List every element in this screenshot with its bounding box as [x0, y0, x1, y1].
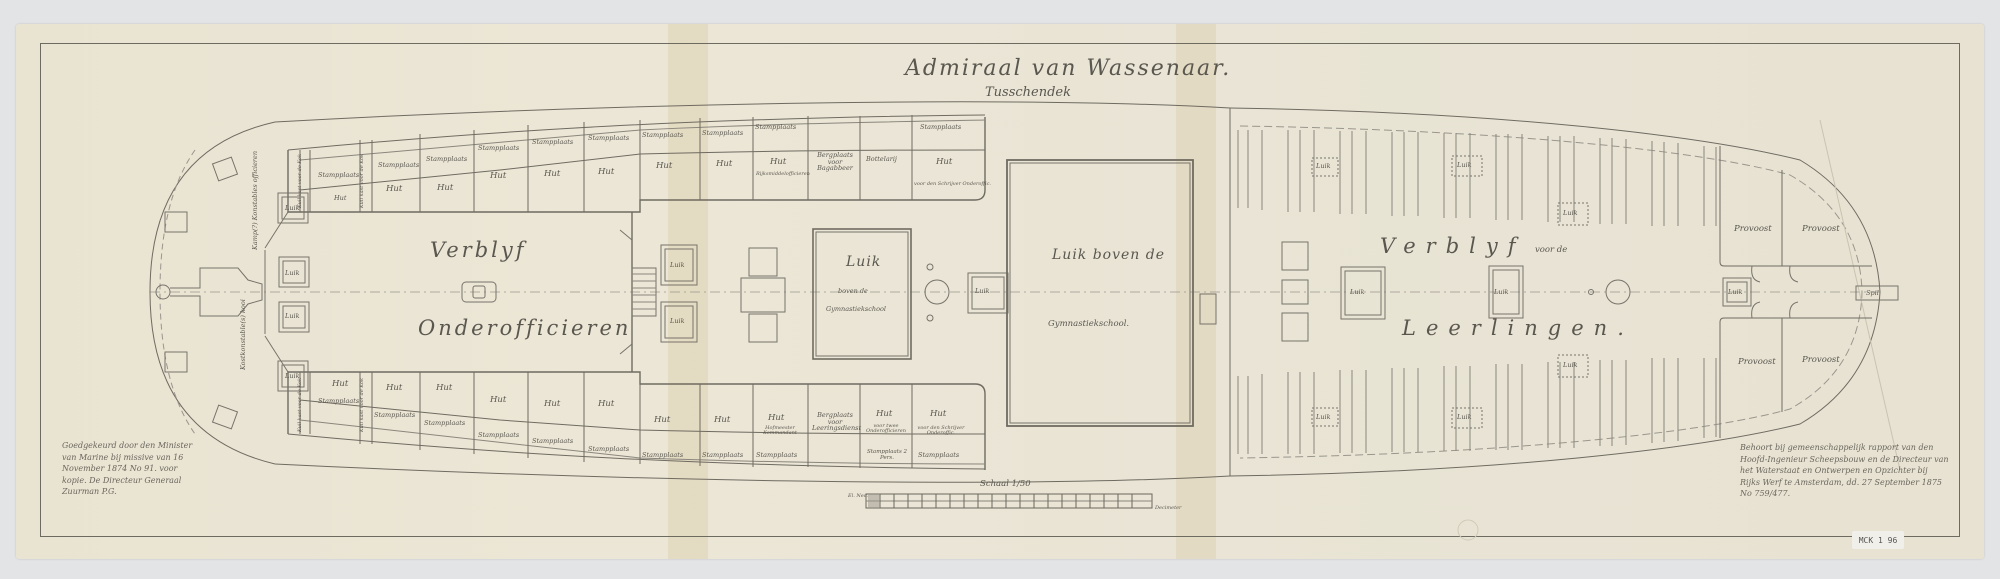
upper-cabin-sub: Rijksmiddelofficieren	[756, 172, 810, 177]
big-hatch-label-2: Gymnastiekschool.	[1048, 320, 1129, 329]
forward-quarters-label: Verblyf	[1380, 236, 1526, 257]
bow-room-label: Provoost	[1738, 358, 1776, 367]
upper-cabin-top: Stampplaats	[378, 162, 419, 169]
aft-quarters-label-2: Onderofficieren	[418, 318, 631, 339]
stern-label-2: Kamp(?) Konstables officieren	[252, 151, 259, 250]
upper-cabin-top: Stampplaats	[920, 124, 961, 131]
hatch-label: Luik	[1350, 289, 1365, 296]
lower-cabin-bottom: Stampplaats	[702, 452, 743, 459]
upper-cabin-top: Stampplaats	[642, 132, 683, 139]
hatch-label: Luik	[1316, 414, 1331, 421]
forward-quarters-label-3: Leerlingen.	[1402, 318, 1634, 339]
upper-cabin-top: Stampplaats	[532, 139, 573, 146]
drawing-subtitle: Tusschendek	[985, 86, 1071, 99]
lower-cabin-top: Hut	[332, 380, 348, 389]
scale-left-label: El. Ned.	[848, 494, 869, 499]
upper-cabin-top: Stampplaats	[702, 130, 743, 137]
lower-cabin-bottom: Stampplaats	[424, 420, 465, 427]
upper-cabin-bottom: Hut	[770, 158, 786, 167]
upper-cabin-bottom: Hut	[437, 184, 453, 193]
side-label: Kuil kast voor de Kok	[298, 154, 303, 208]
lower-cabin-top: Hut	[654, 416, 670, 425]
approval-note: Goedgekeurd door den Minister van Marine…	[62, 440, 202, 498]
upper-cabin-bottom: Hut	[386, 185, 402, 194]
hatch-label: Luik	[1563, 210, 1578, 217]
upper-cabin-sub: voor den Schrijver Onderoffic.	[914, 182, 991, 187]
lower-cabin-bottom: Stampplaats	[642, 452, 683, 459]
hatch-label: Luik	[1457, 414, 1472, 421]
stern-label: Kostkonstable(s) kooi	[240, 299, 247, 370]
hatch-label: Luik	[285, 313, 300, 320]
lower-cabin-bottom: Stampplaats	[756, 452, 797, 459]
lower-cabin-top: Hut	[386, 384, 402, 393]
upper-cabin-top: Stampplaats	[478, 145, 519, 152]
lower-cabin-top: Hut	[544, 400, 560, 409]
upper-cabin-bottom: Hut	[490, 172, 506, 181]
lower-cabin-sub: voor twee Onderofficieren	[862, 424, 910, 434]
lower-cabin-top: Hut	[598, 400, 614, 409]
hatch-label: Luik	[1316, 163, 1331, 170]
hatch-label: Luik	[285, 270, 300, 277]
big-hatch-label-1: Luik boven de	[1052, 248, 1165, 262]
upper-cabin-bottom: Hut	[716, 160, 732, 169]
hatch-label: Luik	[670, 262, 685, 269]
lower-cabin-top: Hut	[436, 384, 452, 393]
gym-hatch-label-3: Gymnastiekschool	[826, 306, 886, 313]
scale-label: Schaal 1/50	[980, 480, 1031, 489]
upper-cabin-bottom: Hut	[598, 168, 614, 177]
drawing-title: Admiraal van Wassenaar.	[905, 58, 1231, 80]
bow-room-label: Provoost	[1802, 356, 1840, 365]
upper-cabin-bottom: Hut	[334, 195, 346, 202]
lower-cabin-bottom: Stampplaats	[318, 398, 359, 405]
bow-room-label: Provoost	[1802, 225, 1840, 234]
bottelarij-label: Bottelarij	[866, 156, 897, 163]
bow-room-label: Provoost	[1734, 225, 1772, 234]
lower-cabin-top: Hut	[876, 410, 892, 419]
lower-cabin-bottom: Stampplaats 2 Pers.	[864, 450, 910, 461]
lower-cabin-bottom: Stampplaats	[588, 446, 629, 453]
scale-unit-label: Decimeter	[1155, 506, 1181, 511]
lower-cabin-top: Hut	[930, 410, 946, 419]
upper-cabin-bottom: Hut	[544, 170, 560, 179]
lower-cabin-bottom: Stampplaats	[532, 438, 573, 445]
gym-hatch-label-1: Luik	[846, 255, 881, 269]
bow-hatch-label: Luik	[1728, 289, 1743, 296]
upper-cabin-top: Stampplaats	[588, 135, 629, 142]
catalog-stamp: MCK 1 96	[1852, 531, 1904, 549]
mid-hatch-label: Luik	[975, 288, 990, 295]
lower-cabin-bottom: Stampplaats	[918, 452, 959, 459]
upper-cabin-top: Stampplaats	[755, 124, 796, 131]
side-label: Kuil kast voor de Kok	[360, 378, 365, 432]
report-note: Behoort bij gemeenschappelijk rapport va…	[1740, 442, 1950, 500]
aft-quarters-label: Verblyf	[430, 240, 527, 261]
side-label: Kuil kast voor de Kok	[298, 378, 303, 432]
storage-label: Bergplaats voor Leeringsdienst	[812, 412, 858, 432]
lower-cabin-top: Hut	[490, 396, 506, 405]
lower-cabin-bottom: Stampplaats	[374, 412, 415, 419]
hatch-label: Luik	[1494, 289, 1509, 296]
lower-cabin-bottom: Stampplaats	[478, 432, 519, 439]
upper-cabin-bottom: Hut	[936, 158, 952, 167]
storage-label: Bergplaats voor Bagabbeer	[812, 152, 858, 172]
hatch-label: Luik	[670, 318, 685, 325]
lower-cabin-sub: Hofmeester Kommandant	[756, 426, 804, 436]
upper-cabin-top: Stampplaats	[318, 172, 359, 179]
upper-cabin-bottom: Hut	[656, 162, 672, 171]
gym-hatch-label-2: boven de	[838, 288, 868, 295]
lower-cabin-top: Hut	[714, 416, 730, 425]
upper-cabin-top: Stampplaats	[426, 156, 467, 163]
forward-quarters-label-2: voor de	[1535, 246, 1567, 255]
hatch-label: Luik	[1457, 162, 1472, 169]
lower-cabin-top: Hut	[768, 414, 784, 423]
hatch-label: Luik	[1563, 362, 1578, 369]
lower-cabin-sub: voor den Schrijver Onderoffic.	[914, 426, 968, 436]
bowsprit-label: Spil	[1866, 290, 1879, 297]
side-label: Kuil kast voor de Kok	[360, 154, 365, 208]
